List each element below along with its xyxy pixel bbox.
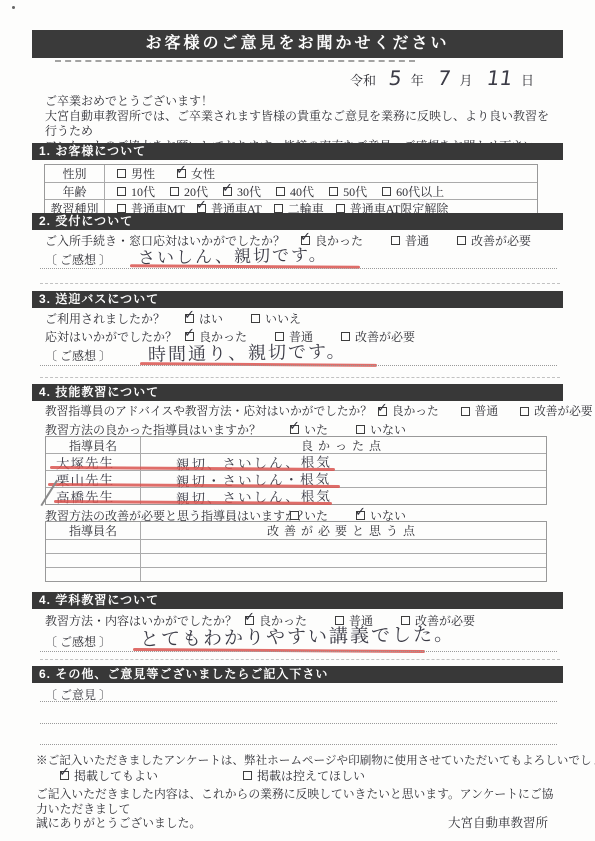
empty-instructor-row[interactable] <box>46 567 546 581</box>
date-year-value[interactable]: 5 <box>387 66 403 90</box>
checkbox-icon[interactable] <box>60 771 69 780</box>
checkbox-icon[interactable] <box>243 771 252 780</box>
table-row-age: 年齢 10代 20代 30代 40代 50代 60代以上 <box>45 182 537 199</box>
skill-q1-option-normal[interactable]: 普通 <box>461 403 498 419</box>
date-row: 令和 5 年 7 月 11 日 <box>350 66 565 90</box>
checkbox-icon[interactable] <box>177 169 186 178</box>
comment-writing-line[interactable] <box>40 268 557 269</box>
checkbox-icon[interactable] <box>336 204 345 213</box>
age-option-40s[interactable]: 40代 <box>276 183 314 200</box>
age-label: 年齢 <box>45 183 105 199</box>
section-bus-header: 3. 送迎バスについて <box>32 291 563 308</box>
table-row-gender: 性別 男性 女性 <box>45 165 537 182</box>
permission-options-row: 掲載してもよい 掲載は控えてほしい <box>60 767 365 784</box>
checkbox-icon[interactable] <box>391 236 400 245</box>
reception-option-improve[interactable]: 改善が必要 <box>457 232 531 249</box>
skill-q1: 教習指導員のアドバイスや教習方法・応対はいかがでしたか？ <box>45 403 372 419</box>
gender-label: 性別 <box>45 165 105 182</box>
comment-writing-line[interactable] <box>40 651 557 652</box>
good-table-col1: 指導員名 <box>46 437 141 453</box>
age-option-10s[interactable]: 10代 <box>117 183 155 200</box>
bus-use-option-no[interactable]: いいえ <box>251 310 301 327</box>
school-signature: 大宮自動車教習所 <box>0 813 548 831</box>
checkbox-icon[interactable] <box>117 169 126 178</box>
section-customer-header: 1. お客様について <box>32 143 563 160</box>
permission-option-decline[interactable]: 掲載は控えてほしい <box>243 767 365 784</box>
reception-option-normal[interactable]: 普通 <box>391 232 429 249</box>
instructor-name-handwriting[interactable]: 高橋先生 <box>56 485 114 506</box>
age-option-50s[interactable]: 50代 <box>329 183 367 200</box>
bus-comment-label: 〔 ご感想 〕 <box>45 347 111 364</box>
skill-q1-option-good[interactable]: 良かった <box>378 403 439 419</box>
empty-instructor-row[interactable] <box>46 553 546 567</box>
section-other-header: 6. その他、ご意見等ございましたらご記入下さい <box>32 666 563 683</box>
bus-use-option-yes[interactable]: はい <box>185 310 223 327</box>
good-instructor-table: 指導員名 良かった点 大塚先生 親切、さいしん、根気 栗山先生 親切・さいしん・… <box>45 436 547 505</box>
gender-option-male[interactable]: 男性 <box>117 165 155 182</box>
intro-line-2: 大宮自動車教習所では、ご卒業されます皆様の貴重なご意見を業務に反映し、より良い教… <box>45 109 555 139</box>
checkbox-icon[interactable] <box>117 204 126 213</box>
date-era-label: 令和 <box>350 70 376 89</box>
checkbox-icon[interactable] <box>382 187 391 196</box>
checkbox-icon[interactable] <box>185 314 194 323</box>
checkbox-icon[interactable] <box>117 187 126 196</box>
improve-table-col2: 改善が必要と思う点 <box>141 522 546 539</box>
skill-q1-row: 教習指導員のアドバイスや教習方法・応対はいかがでしたか？ 良かった 普通 改善が… <box>45 403 593 419</box>
date-day-unit: 日 <box>521 70 534 89</box>
lecture-comment-handwriting[interactable]: とてもわかりやすい講義でした。 <box>140 619 455 651</box>
gender-option-female[interactable]: 女性 <box>177 165 215 182</box>
age-option-30s[interactable]: 30代 <box>223 183 261 200</box>
bus-response-option-improve[interactable]: 改善が必要 <box>341 328 415 345</box>
bus-use-question: ご利用されましたか？ <box>45 310 185 327</box>
page-title: お客様のご意見をお聞かせください <box>32 30 563 58</box>
checkbox-icon[interactable] <box>356 511 365 520</box>
checkbox-icon[interactable] <box>223 187 232 196</box>
permission-option-allow[interactable]: 掲載してもよい <box>60 767 158 784</box>
checkbox-icon[interactable] <box>378 407 387 416</box>
section-lecture-header: 4. 学科教習について <box>32 592 563 609</box>
improve-instructor-table: 指導員名 改善が必要と思う点 <box>45 521 547 582</box>
section-separator <box>40 283 560 284</box>
empty-instructor-row[interactable] <box>46 539 546 553</box>
section-separator <box>40 377 560 378</box>
customer-table: 性別 男性 女性 年齢 10代 20代 30代 40代 50代 60代以上 教習… <box>44 164 538 217</box>
age-option-60plus[interactable]: 60代以上 <box>382 183 444 200</box>
checkbox-icon[interactable] <box>274 204 283 213</box>
checkbox-icon[interactable] <box>329 187 338 196</box>
opinion-writing-line[interactable] <box>40 744 557 745</box>
opinion-writing-line[interactable] <box>40 701 557 702</box>
scan-artifact-dot <box>12 6 15 9</box>
reception-comment-label: 〔 ご感想 〕 <box>45 251 111 268</box>
checkbox-icon[interactable] <box>290 511 299 520</box>
checkbox-icon[interactable] <box>251 314 260 323</box>
date-month-unit: 月 <box>460 70 473 89</box>
section-separator <box>40 659 560 660</box>
date-day-value[interactable]: 11 <box>485 66 514 90</box>
checkbox-icon[interactable] <box>356 425 365 434</box>
bus-use-question-row: ご利用されましたか？ はい いいえ <box>45 310 301 327</box>
intro-line-1: ご卒業おめでとうございます！ <box>45 94 555 109</box>
checkbox-icon[interactable] <box>197 204 206 213</box>
checkbox-icon[interactable] <box>290 425 299 434</box>
permission-question: ※ご記入いただきましたアンケートは、弊社ホームページや印刷物に使用させていただい… <box>36 752 576 768</box>
date-year-unit: 年 <box>411 70 424 89</box>
section-reception-header: 2. 受付について <box>32 213 563 230</box>
date-month-value[interactable]: 7 <box>436 66 452 90</box>
checkbox-icon[interactable] <box>170 187 179 196</box>
improve-table-col1: 指導員名 <box>46 522 141 539</box>
checkbox-icon[interactable] <box>520 407 529 416</box>
lecture-comment-label: 〔 ご感想 〕 <box>45 633 111 650</box>
section-skill-header: 4. 技能教習について <box>32 384 563 401</box>
improve-table-header-row: 指導員名 改善が必要と思う点 <box>46 522 546 539</box>
checkbox-icon[interactable] <box>457 236 466 245</box>
comment-writing-line[interactable] <box>40 365 557 366</box>
checkbox-icon[interactable] <box>461 407 470 416</box>
skill-q1-option-improve[interactable]: 改善が必要 <box>520 403 592 419</box>
opinion-writing-line[interactable] <box>40 723 557 724</box>
good-table-col2: 良かった点 <box>141 437 546 453</box>
title-underline-artifact <box>55 60 415 62</box>
checkbox-icon[interactable] <box>276 187 285 196</box>
survey-page: お客様のご意見をお聞かせください 令和 5 年 7 月 11 日 ご卒業おめでと… <box>0 0 595 841</box>
